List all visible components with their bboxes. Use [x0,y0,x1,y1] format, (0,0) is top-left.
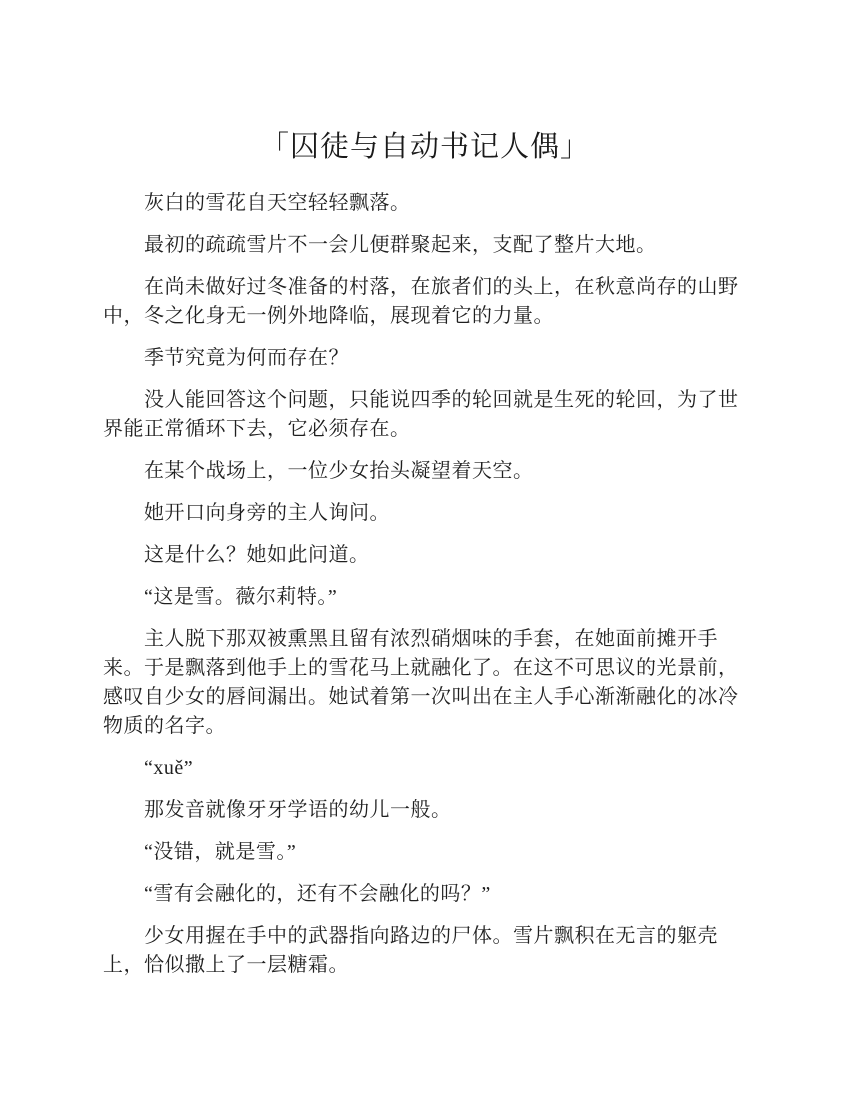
document-body: 灰白的雪花自天空轻轻飘落。 最初的疏疏雪片不一会儿便群聚起来，支配了整片大地。 … [103,189,743,980]
paragraph: “这是雪。薇尔莉特。” [103,583,743,612]
paragraph: 这是什么？她如此问道。 [103,541,743,570]
paragraph: 最初的疏疏雪片不一会儿便群聚起来，支配了整片大地。 [103,231,743,260]
paragraph: 没人能回答这个问题，只能说四季的轮回就是生死的轮回，为了世界能正常循环下去，它必… [103,386,743,444]
document-page: 「囚徒与自动书记人偶」 灰白的雪花自天空轻轻飘落。 最初的疏疏雪片不一会儿便群聚… [0,0,850,1100]
paragraph: “没错，就是雪。” [103,838,743,867]
paragraph: 灰白的雪花自天空轻轻飘落。 [103,189,743,218]
paragraph: 在某个战场上，一位少女抬头凝望着天空。 [103,457,743,486]
paragraph: “雪有会融化的，还有不会融化的吗？” [103,880,743,909]
paragraph: 在尚未做好过冬准备的村落，在旅者们的头上，在秋意尚存的山野中，冬之化身无一例外地… [103,273,743,331]
page-title: 「囚徒与自动书记人偶」 [0,0,850,164]
paragraph: “xuě” [103,754,743,783]
paragraph: 那发音就像牙牙学语的幼儿一般。 [103,796,743,825]
paragraph: 她开口向身旁的主人询问。 [103,499,743,528]
paragraph: 主人脱下那双被熏黑且留有浓烈硝烟味的手套，在她面前摊开手来。于是飘落到他手上的雪… [103,625,743,741]
paragraph: 少女用握在手中的武器指向路边的尸体。雪片飘积在无言的躯壳上，恰似撒上了一层糖霜。 [103,922,743,980]
paragraph: 季节究竟为何而存在？ [103,344,743,373]
